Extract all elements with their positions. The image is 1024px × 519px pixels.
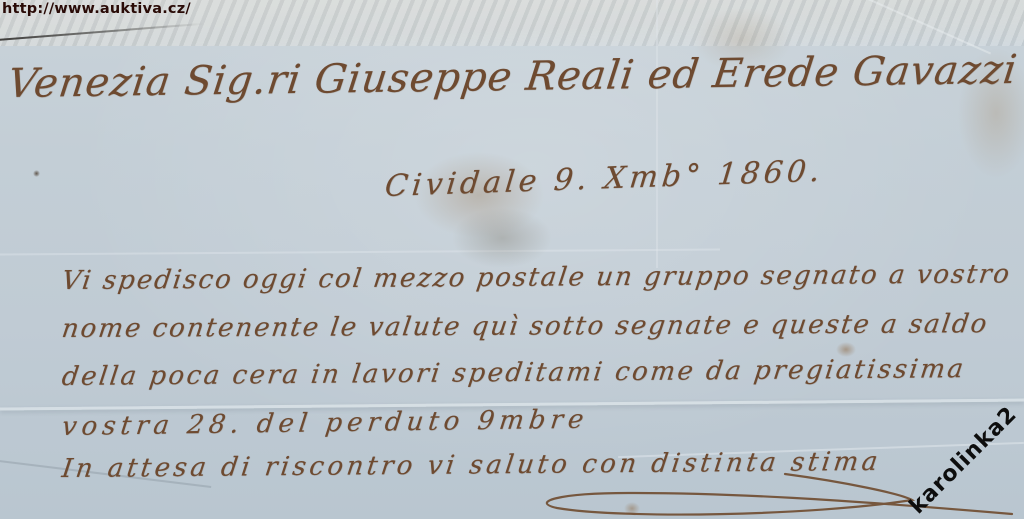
body-line-1: Vi spedisco oggi col mezzo postale un gr… bbox=[60, 261, 1012, 294]
body-line-4: vostra 28. del perduto 9mbre bbox=[60, 407, 590, 440]
ink-stain bbox=[452, 208, 552, 268]
scanned-letter: Venezia Sig.ri Giuseppe Reali ed Erede G… bbox=[0, 0, 1024, 519]
address-line: Venezia Sig.ri Giuseppe Reali ed Erede G… bbox=[5, 50, 1019, 104]
body-line-3: della poca cera in lavori speditami come… bbox=[60, 356, 967, 390]
ink-spot bbox=[33, 170, 40, 177]
body-line-2: nome contenente le valute quì sotto segn… bbox=[60, 311, 990, 342]
fold-crease bbox=[0, 248, 720, 255]
auction-site-watermark: http://www.auktiva.cz/ bbox=[2, 1, 191, 17]
dateline: Cividale 9. Xmb° 1860. bbox=[383, 157, 825, 202]
